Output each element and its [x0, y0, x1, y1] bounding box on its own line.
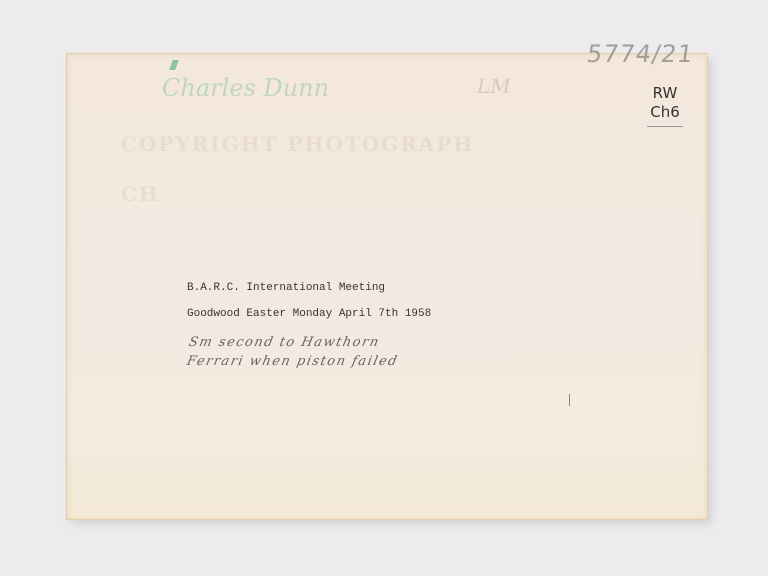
typed-caption-line2: Goodwood Easter Monday April 7th 1958 [187, 308, 431, 320]
green-pencil-mark [169, 60, 179, 70]
handwritten-note-line2: Ferrari when piston failed [185, 354, 399, 369]
photo-card-back: COPYRIGHT PHOTOGRAPH CH Charles Dunn LM … [66, 53, 708, 520]
reference-underline [647, 126, 683, 127]
pencil-annotation: LM [477, 74, 511, 98]
reference-line2: Ch6 [647, 103, 683, 122]
pencil-tick-mark [569, 394, 570, 406]
catalog-number: 5774/21 [585, 40, 696, 68]
handwritten-note-line1: Sm second to Hawthorn [187, 335, 381, 350]
typed-caption-line1: B.A.R.C. International Meeting [187, 282, 385, 294]
ghost-stamp-line1: COPYRIGHT PHOTOGRAPH [121, 132, 474, 156]
reference-line1: RW [647, 84, 683, 103]
reference-note: RW Ch6 [647, 84, 683, 127]
green-signature: Charles Dunn [162, 74, 329, 102]
ghost-stamp-line2: CH [121, 182, 160, 206]
